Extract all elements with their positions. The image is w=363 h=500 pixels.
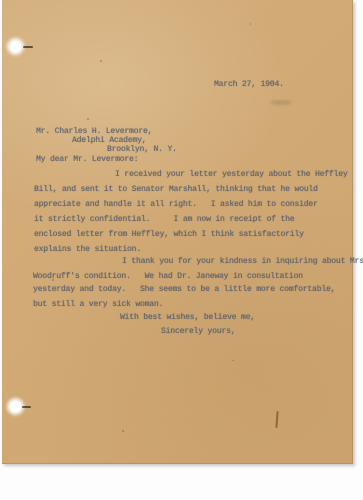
recipient-city: Brooklyn, N. Y. (107, 145, 177, 154)
paper-speck (122, 430, 124, 432)
paper-speck (250, 23, 251, 25)
hole-punch-bottom (9, 400, 22, 413)
pen-dash-top (23, 46, 33, 48)
hole-punch-top (9, 40, 22, 53)
body-line: appreciate and handle it all right. I as… (34, 200, 318, 209)
date-line: March 27, 1904. (214, 80, 284, 89)
smudge-mark (270, 100, 292, 105)
body-line: it strictly confidential. I am now in re… (34, 215, 294, 224)
body-line: explains the situation. (34, 245, 141, 254)
body-line: Woodruff's condition. We had Dr. Janeway… (33, 272, 303, 281)
body-line: I received your letter yesterday about t… (115, 170, 348, 179)
paper-speck (87, 118, 89, 120)
signoff: Sincerely yours, (161, 327, 235, 336)
letter-paper: March 27, 1904. Mr. Charles H. Levermore… (2, 0, 353, 464)
recipient-institution: Adelphi Academy, (72, 136, 146, 145)
scratch-mark (275, 411, 278, 428)
body-line: Bill, and sent it to Senator Marshall, t… (34, 185, 318, 194)
paper-speck (52, 279, 54, 281)
body-line: I thank you for your kindness in inquiri… (122, 257, 363, 266)
body-line: enclosed letter from Heffley, which I th… (34, 230, 304, 239)
body-line: yesterday and today. She seems to be a l… (33, 285, 335, 294)
body-line: but still a very sick woman. (33, 300, 163, 309)
scan-background: March 27, 1904. Mr. Charles H. Levermore… (0, 0, 363, 500)
paper-speck (100, 60, 102, 62)
salutation: My dear Mr. Levermore: (36, 155, 138, 164)
closing-phrase: With best wishes, believe me, (120, 313, 255, 322)
paper-speck (232, 360, 234, 361)
recipient-name: Mr. Charles H. Levermore, (36, 127, 152, 136)
pen-dash-bottom (22, 406, 31, 408)
